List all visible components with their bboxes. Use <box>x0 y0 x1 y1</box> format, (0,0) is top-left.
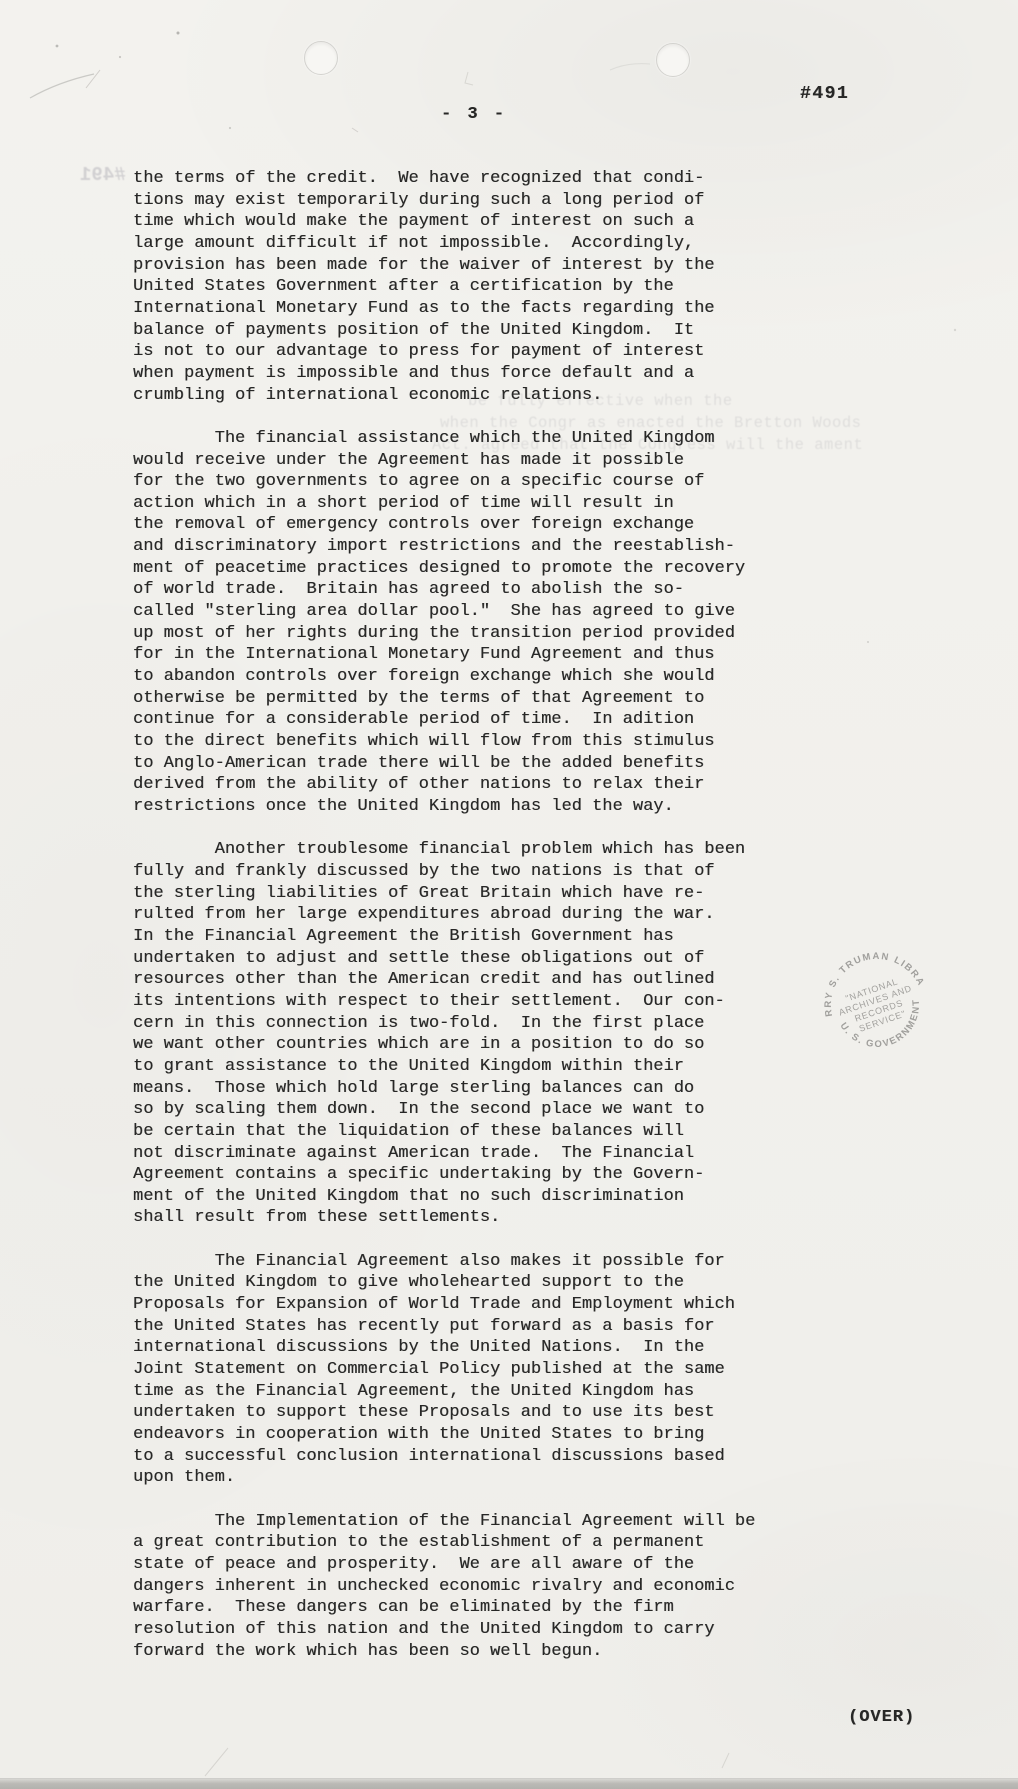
punch-hole-right <box>656 43 690 77</box>
text-line: the terms of the credit. We have recogni… <box>133 168 813 190</box>
paragraph: The Financial Agreement also makes it po… <box>133 1251 813 1489</box>
text-line: large amount difficult if not impossible… <box>133 233 813 255</box>
text-line: undertaken to adjust and settle these ob… <box>133 948 813 970</box>
text-line: continue for a considerable period of ti… <box>133 709 813 731</box>
text-line: when payment is impossible and thus forc… <box>133 363 813 385</box>
doc-number: #491 <box>800 84 849 104</box>
text-line: restrictions once the United Kingdom has… <box>133 796 813 818</box>
text-line: undertaken to support these Proposals an… <box>133 1402 813 1424</box>
paragraph: Another troublesome financial problem wh… <box>133 839 813 1229</box>
text-line: rulted from her large expenditures abroa… <box>133 904 813 926</box>
text-line: for in the International Monetary Fund A… <box>133 644 813 666</box>
paragraph: The Implementation of the Financial Agre… <box>133 1511 813 1663</box>
text-line: The Implementation of the Financial Agre… <box>133 1511 813 1533</box>
text-line: tions may exist temporarily during such … <box>133 190 813 212</box>
stamp-graphic: HARRY S. TRUMAN LIBRARY U. S. GOVERNMENT… <box>802 930 952 1080</box>
text-line: up most of her rights during the transit… <box>133 623 813 645</box>
text-line: for the two governments to agree on a sp… <box>133 471 813 493</box>
over-label: (OVER) <box>848 1708 915 1727</box>
text-line: balance of payments position of the Unit… <box>133 320 813 342</box>
text-line: Joint Statement on Commercial Policy pub… <box>133 1359 813 1381</box>
archive-stamp: HARRY S. TRUMAN LIBRARY U. S. GOVERNMENT… <box>802 930 952 1080</box>
text-line: ment of the United Kingdom that no such … <box>133 1186 813 1208</box>
page-number: - 3 - <box>441 105 507 124</box>
text-line: to Anglo-American trade there will be th… <box>133 753 813 775</box>
text-line: the United States has recently put forwa… <box>133 1316 813 1338</box>
text-line: Another troublesome financial problem wh… <box>133 839 813 861</box>
ghost-text-line: be fully effective when the <box>468 392 733 410</box>
text-line: Proposals for Expansion of World Trade a… <box>133 1294 813 1316</box>
text-line: dangers inherent in unchecked economic r… <box>133 1576 813 1598</box>
document-page: #491 #491 - 3 - the terms of the credit.… <box>0 0 1018 1789</box>
text-line: derived from the ability of other nation… <box>133 774 813 796</box>
text-line: time as the Financial Agreement, the Uni… <box>133 1381 813 1403</box>
paragraph: the terms of the credit. We have recogni… <box>133 168 813 406</box>
text-line: action which in a short period of time w… <box>133 493 813 515</box>
text-line: and discriminatory import restrictions a… <box>133 536 813 558</box>
text-line: we want other countries which are in a p… <box>133 1034 813 1056</box>
paragraph: The financial assistance which the Unite… <box>133 428 813 818</box>
text-line: warfare. These dangers can be eliminated… <box>133 1597 813 1619</box>
text-line: to grant assistance to the United Kingdo… <box>133 1056 813 1078</box>
text-line: forward the work which has been so well … <box>133 1641 813 1663</box>
text-line: the removal of emergency controls over f… <box>133 514 813 536</box>
text-line: means. Those which hold large sterling b… <box>133 1078 813 1100</box>
text-line: The Financial Agreement also makes it po… <box>133 1251 813 1273</box>
text-line: be certain that the liquidation of these… <box>133 1121 813 1143</box>
text-line: to abandon controls over foreign exchang… <box>133 666 813 688</box>
text-line: the United Kingdom to give wholehearted … <box>133 1272 813 1294</box>
text-line: shall result from these settlements. <box>133 1207 813 1229</box>
text-line: to a successful conclusion international… <box>133 1446 813 1468</box>
ghost-text-line: when the Congr as enacted the Bretton Wo… <box>440 414 861 432</box>
text-line: not discriminate against American trade.… <box>133 1143 813 1165</box>
text-line: cern in this connection is two-fold. In … <box>133 1013 813 1035</box>
punch-hole-left <box>304 41 338 75</box>
text-line: provision has been made for the waiver o… <box>133 255 813 277</box>
text-line: otherwise be permitted by the terms of t… <box>133 688 813 710</box>
text-line: International Monetary Fund as to the fa… <box>133 298 813 320</box>
text-line: In the Financial Agreement the British G… <box>133 926 813 948</box>
text-line: called "sterling area dollar pool." She … <box>133 601 813 623</box>
text-line: resolution of this nation and the United… <box>133 1619 813 1641</box>
text-line: the sterling liabilities of Great Britai… <box>133 883 813 905</box>
text-line: international discussions by the United … <box>133 1337 813 1359</box>
text-line: to the direct benefits which will flow f… <box>133 731 813 753</box>
text-line: its intentions with respect to their set… <box>133 991 813 1013</box>
text-line: time which would make the payment of int… <box>133 211 813 233</box>
text-line: state of peace and prosperity. We are al… <box>133 1554 813 1576</box>
ghost-doc-number: #491 <box>80 164 126 186</box>
text-line: fully and frankly discussed by the two n… <box>133 861 813 883</box>
text-line: a great contribution to the establishmen… <box>133 1532 813 1554</box>
scan-edge <box>0 1778 1018 1789</box>
text-line: upon them. <box>133 1467 813 1489</box>
text-line: so by scaling them down. In the second p… <box>133 1099 813 1121</box>
text-line: resources other than the American credit… <box>133 969 813 991</box>
text-line: United States Government after a certifi… <box>133 276 813 298</box>
text-line: of world trade. Britain has agreed to ab… <box>133 579 813 601</box>
text-line: endeavors in cooperation with the United… <box>133 1424 813 1446</box>
text-line: Agreement contains a specific undertakin… <box>133 1164 813 1186</box>
ghost-text-line: Act. agreed that the Congress will the a… <box>432 436 863 454</box>
text-line: is not to our advantage to press for pay… <box>133 341 813 363</box>
text-line: ment of peacetime practices designed to … <box>133 558 813 580</box>
